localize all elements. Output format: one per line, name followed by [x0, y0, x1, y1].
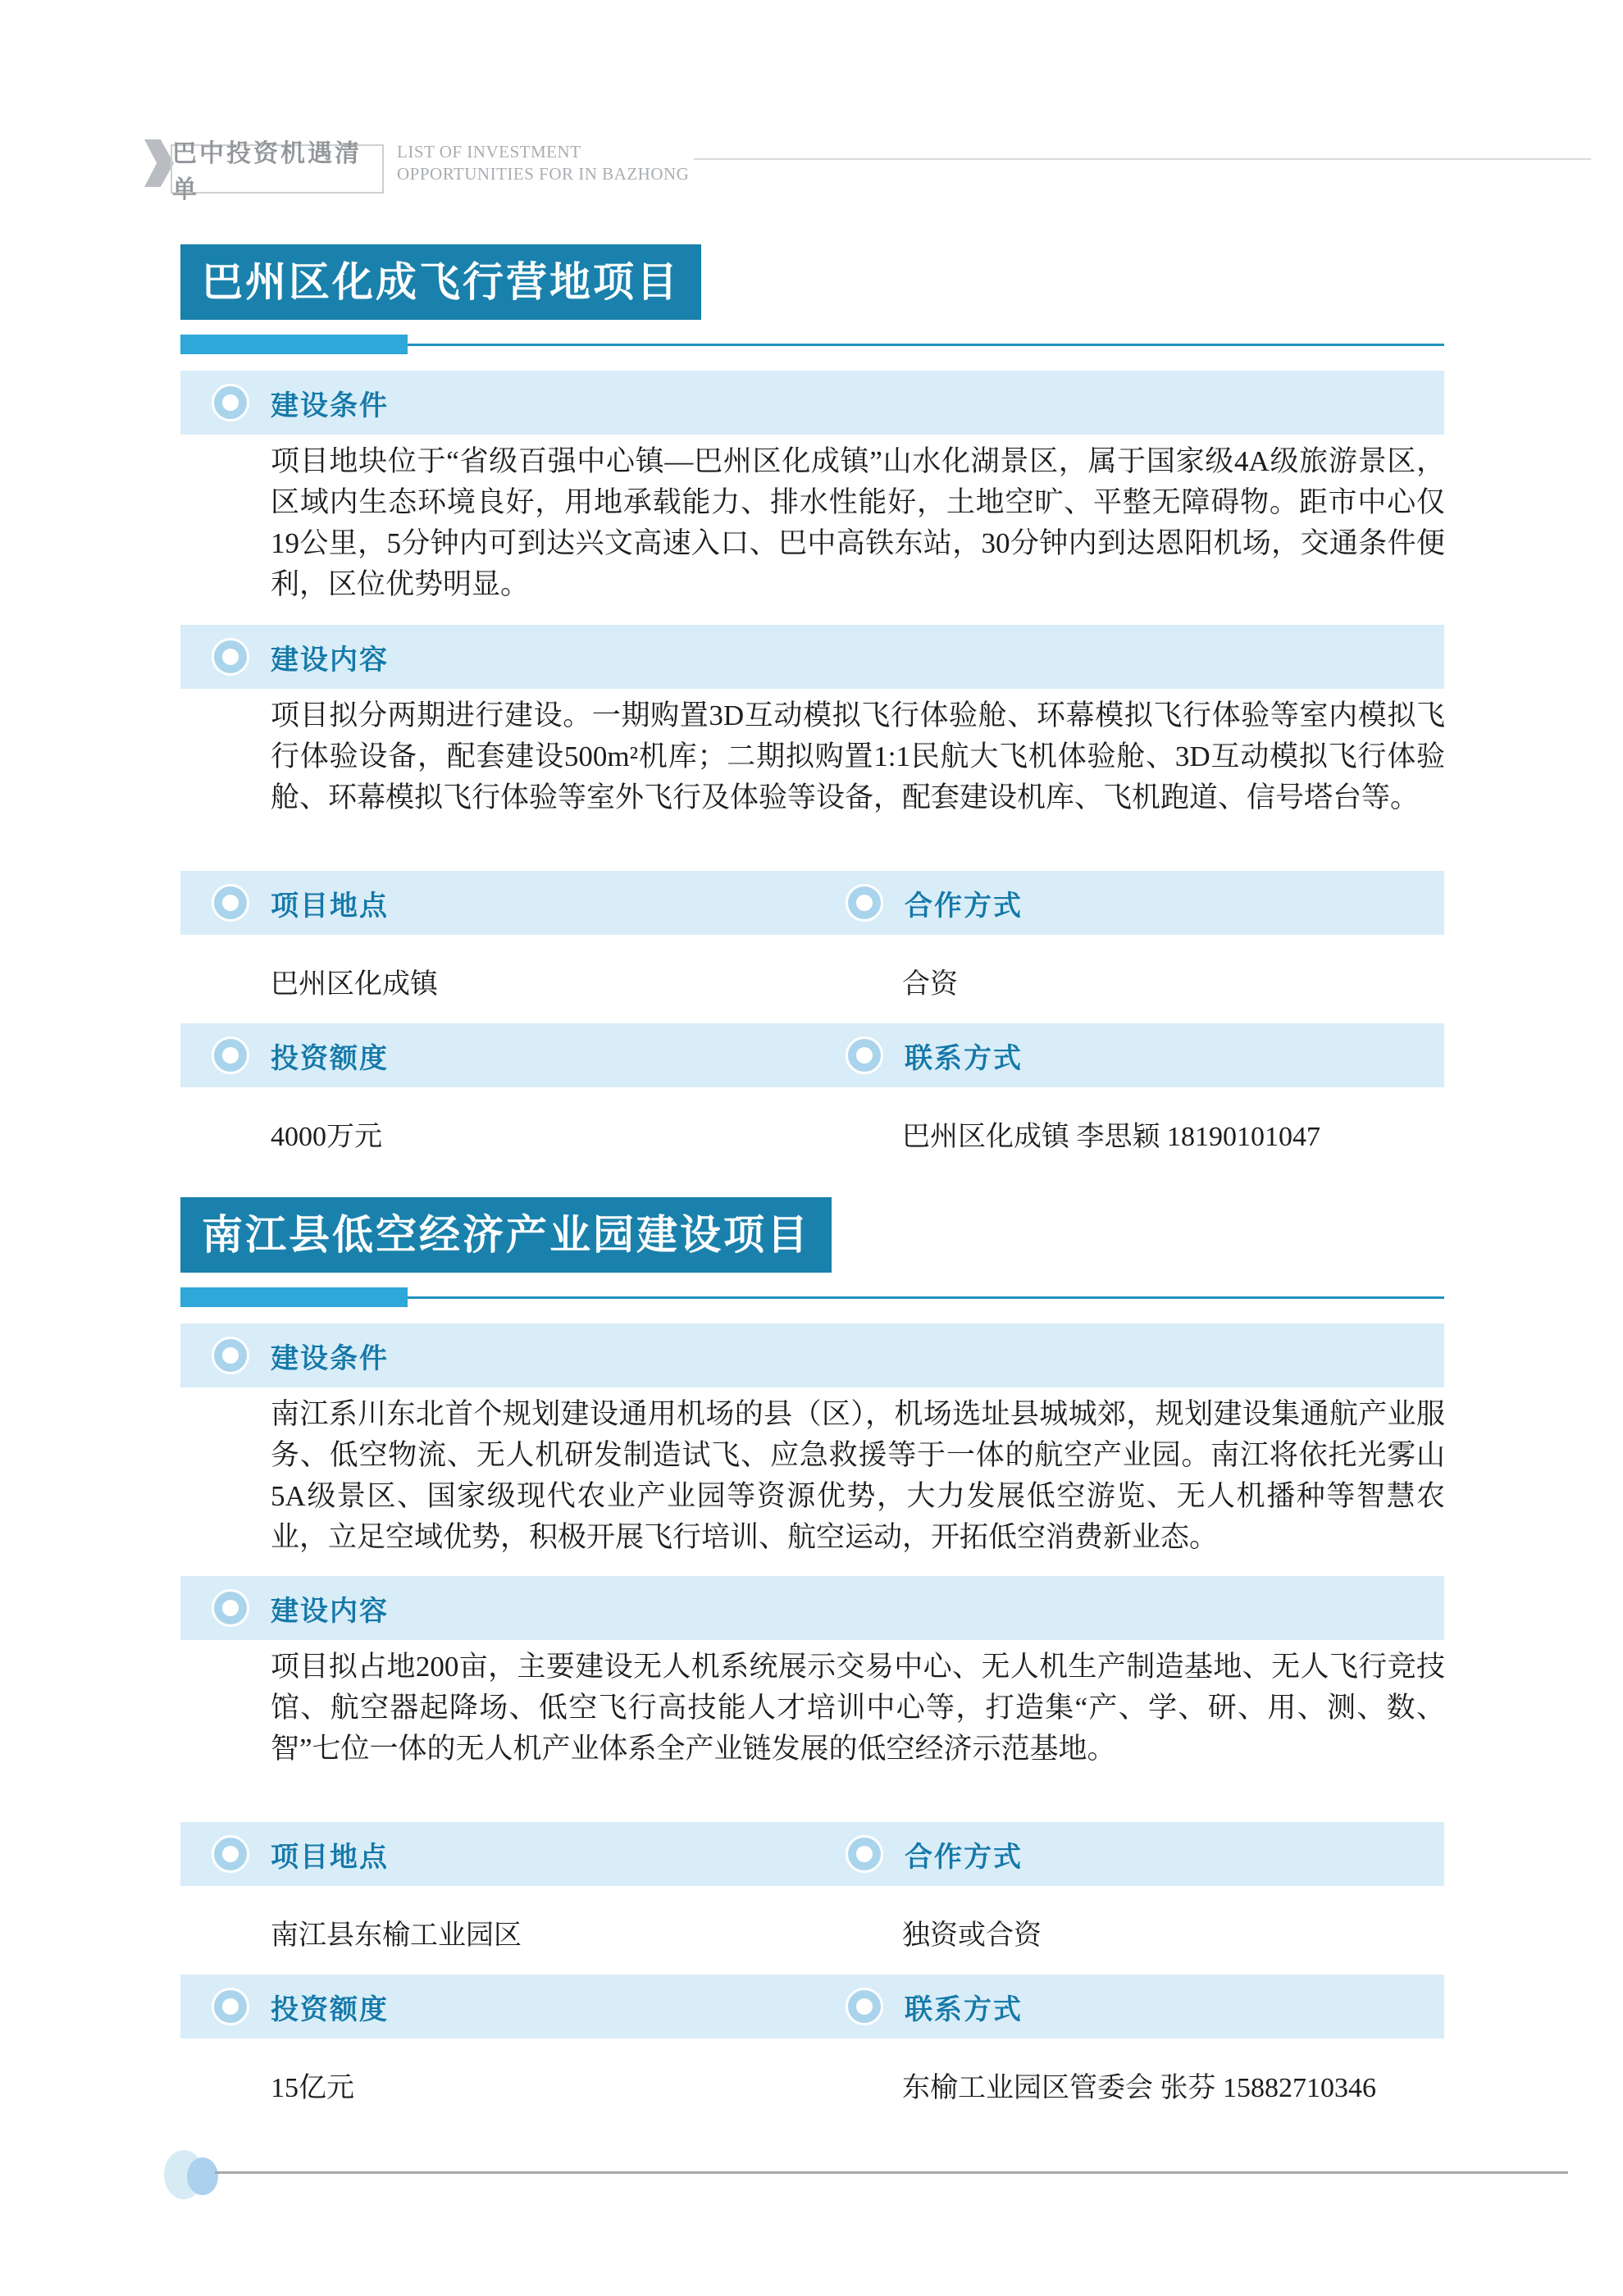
project2-accent-line	[408, 1296, 1444, 1299]
section-bullet-icon	[212, 1337, 249, 1374]
section-label-conditions: 建设条件	[271, 1336, 389, 1376]
project1-investment-contact-values: 4000万元 巴州区化成镇 李思颖 18190101047	[271, 1114, 1445, 1153]
section-bullet-icon	[846, 884, 883, 922]
project2-contact-value: 东榆工业园区管委会 张芬 15882710346	[902, 2065, 1376, 2105]
project1-accent-line	[408, 344, 1444, 346]
project1-conditions-header: 建设条件	[180, 371, 1444, 435]
header-rule	[694, 158, 1591, 160]
document-page: 巴中投资机遇清单 LIST OF INVESTMENT OPPORTUNITIE…	[0, 0, 1623, 2296]
project2-conditions-header: 建设条件	[180, 1323, 1444, 1387]
section-label-content: 建设内容	[271, 1588, 389, 1629]
doc-title-box: 巴中投资机遇清单	[171, 144, 384, 194]
section-label-location: 项目地点	[271, 883, 389, 923]
section-bullet-icon	[846, 1835, 883, 1873]
doc-title-en-line2: OPPORTUNITIES FOR IN BAZHONG	[397, 163, 689, 185]
section-label-investment: 投资额度	[271, 1036, 389, 1076]
section-label-contact: 联系方式	[905, 1036, 1023, 1076]
section-bullet-icon	[212, 384, 249, 421]
section-label-cooperation: 合作方式	[905, 883, 1023, 923]
chevron-right-icon	[144, 139, 174, 187]
project2-conditions-text: 南江系川东北首个规划建设通用机场的县（区），机场选址县城城郊，规划建设集通航产业…	[271, 1394, 1445, 1558]
section-label-conditions: 建设条件	[271, 383, 389, 423]
project2-investment-contact-header: 投资额度 联系方式	[180, 1975, 1444, 2039]
project1-location-cooperation-values: 巴州区化成镇 合资	[271, 961, 1445, 1000]
project2-investment-value: 15亿元	[271, 2065, 354, 2105]
project2-location-value: 南江县东榆工业园区	[271, 1912, 522, 1952]
section-label-cooperation: 合作方式	[905, 1834, 1023, 1875]
section-label-contact: 联系方式	[905, 1987, 1023, 2027]
section-label-investment: 投资额度	[271, 1987, 389, 2027]
project2-content-header: 建设内容	[180, 1576, 1444, 1640]
project1-accent-bar	[180, 335, 408, 354]
project1-content-text: 项目拟分两期进行建设。一期购置3D互动模拟飞行体验舱、环幕模拟飞行体验等室内模拟…	[271, 695, 1445, 818]
section-bullet-icon	[846, 1988, 883, 2025]
project2-location-cooperation-values: 南江县东榆工业园区 独资或合资	[271, 1912, 1445, 1952]
section-bullet-icon	[212, 638, 249, 676]
project2-cooperation-value: 独资或合资	[902, 1912, 1042, 1952]
project2-location-cooperation-header: 项目地点 合作方式	[180, 1822, 1444, 1886]
doc-title-cn: 巴中投资机遇清单	[172, 133, 382, 205]
section-label-location: 项目地点	[271, 1834, 389, 1875]
footer-dot-icon	[187, 2157, 218, 2195]
section-bullet-icon	[846, 1036, 883, 1074]
section-label-content: 建设内容	[271, 637, 389, 677]
project2-investment-contact-values: 15亿元 东榆工业园区管委会 张芬 15882710346	[271, 2065, 1445, 2104]
footer-rule	[215, 2171, 1568, 2174]
project1-location-cooperation-header: 项目地点 合作方式	[180, 871, 1444, 935]
project1-investment-contact-header: 投资额度 联系方式	[180, 1023, 1444, 1087]
project1-conditions-text: 项目地块位于“省级百强中心镇—巴州区化成镇”山水化湖景区，属于国家级4A级旅游景…	[271, 441, 1445, 605]
project1-title: 巴州区化成飞行营地项目	[180, 244, 701, 320]
section-bullet-icon	[212, 884, 249, 922]
doc-title-en-line1: LIST OF INVESTMENT	[397, 141, 689, 163]
project2-content-text: 项目拟占地200亩，主要建设无人机系统展示交易中心、无人机生产制造基地、无人飞行…	[271, 1647, 1445, 1770]
section-bullet-icon	[212, 1589, 249, 1627]
section-bullet-icon	[212, 1835, 249, 1873]
project1-content-header: 建设内容	[180, 625, 1444, 689]
section-bullet-icon	[212, 1988, 249, 2025]
project1-contact-value: 巴州区化成镇 李思颖 18190101047	[902, 1114, 1320, 1154]
project1-location-value: 巴州区化成镇	[271, 961, 438, 1001]
project2-accent-bar	[180, 1287, 408, 1307]
doc-title-en: LIST OF INVESTMENT OPPORTUNITIES FOR IN …	[397, 141, 689, 185]
project1-cooperation-value: 合资	[902, 961, 958, 1001]
project2-title: 南江县低空经济产业园建设项目	[180, 1197, 832, 1273]
project1-investment-value: 4000万元	[271, 1114, 382, 1154]
section-bullet-icon	[212, 1036, 249, 1074]
